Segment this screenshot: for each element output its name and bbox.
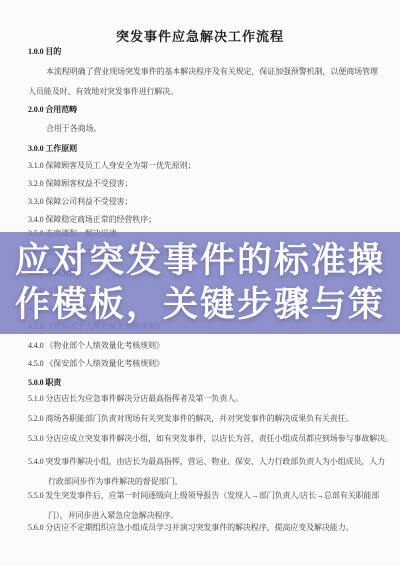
watermark-title-line2: 作模板，关键步骤与策 [15, 283, 385, 327]
doc-line: 5.6.0 分店应不定期组织应急小组成员学习并演习突发事件的解决程序，提高应变及… [28, 522, 390, 533]
section-heading: 3.0.0 工作原则 [28, 143, 390, 154]
doc-line: 合用于各商场。 [46, 123, 390, 134]
doc-line: 3.1.0 保障顾客及员工人身安全为第一优先原则； [28, 160, 390, 171]
doc-line: 3.3.0 保障公司利益不受侵害； [28, 196, 390, 207]
doc-line: 5.5.0 发生突发事件后，应第一时间逐级向上级领导报告（发现人→部门负责人/店… [28, 486, 392, 526]
doc-line: 4.4.0 《物业部个人绩效量化考核规则》 [28, 340, 390, 351]
document-page: 突发事件应急解决工作流程 1.0.0 目的 本流程明确了营业现场突发事件的基本解… [0, 0, 400, 566]
doc-line: 5.1.0 分店店长为应急事件解决分店最高指挥者及第一负责人。 [28, 393, 390, 404]
section-heading: 1.0.0 目的 [28, 46, 390, 57]
doc-line: 5.3.0 分店应成立突发事件解决小组，如有突发事件，以店长为首，责任小组成员都… [28, 433, 390, 444]
doc-line: 4.5.0 《保安部个人绩效量化考核规则》 [28, 358, 390, 369]
section-heading: 5.0.0 职责 [28, 377, 390, 388]
doc-line: 3.4.0 保障稳定商场正常的经营秩序； [28, 214, 390, 225]
watermark-title-line1: 应对突发事件的标准操 [15, 239, 385, 283]
doc-paragraph: 本流程明确了营业现场突发事件的基本解决程序及有关规定，保证加强预警机制，以便商场… [28, 62, 384, 102]
doc-line: 5.2.0 商场各职能部门负责对现场有关突发事件的解决，并对突发事件的解决成果负… [28, 413, 390, 424]
document-title: 突发事件应急解决工作流程 [0, 26, 400, 45]
section-heading: 2.0.0 合用范畴 [28, 104, 390, 115]
watermark-banner: 应对突发事件的标准操 作模板，关键步骤与策 [0, 232, 400, 334]
doc-line: 3.2.0 保障顾客权益不受侵害； [28, 178, 390, 189]
